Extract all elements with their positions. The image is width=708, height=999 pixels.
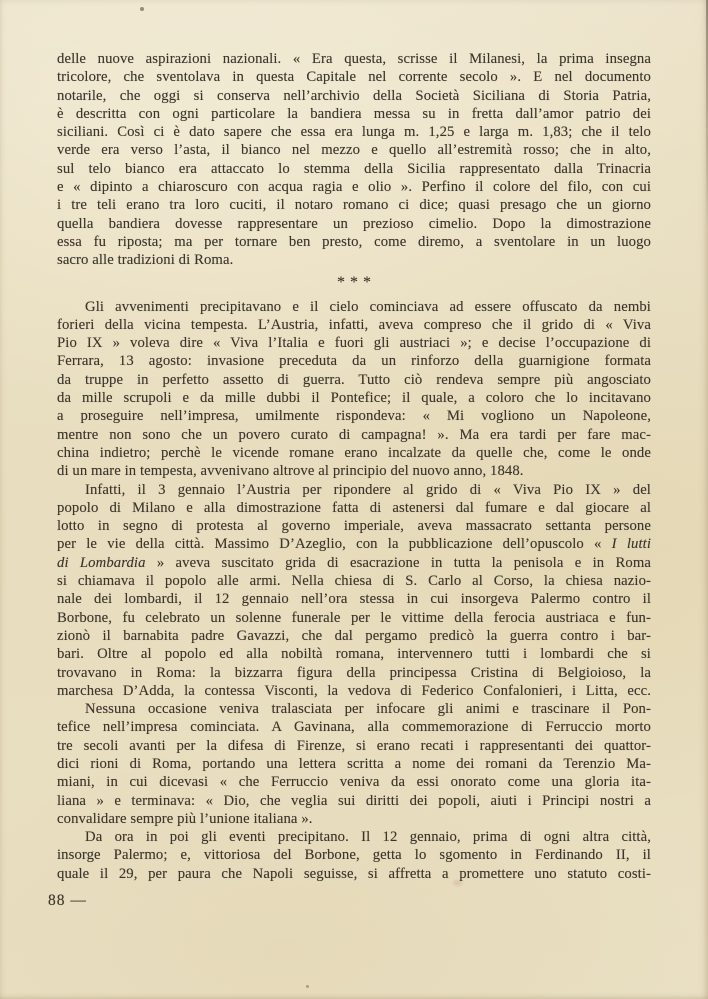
- text-line: sul telo bianco era attaccato lo stemma …: [57, 160, 651, 178]
- text-line: Ferrara, 13 agosto: invasione preceduta …: [57, 352, 651, 370]
- text-line: bari. Oltre al popolo ed alla nobiltà ro…: [57, 645, 651, 663]
- text-line: di Lombardia » aveva suscitato grida di …: [57, 554, 651, 572]
- section-separator: ***: [57, 275, 651, 293]
- text-line: delle nuove aspirazioni nazionali. « Era…: [57, 50, 651, 68]
- paragraph: Da ora in poi gli eventi precipitano. Il…: [57, 828, 651, 883]
- text-line: insorge Palermo; e, vittoriosa del Borbo…: [57, 846, 651, 864]
- text-line: verde era verso l’asta, il bianco nel me…: [57, 141, 651, 159]
- page-number: 88 —: [48, 892, 87, 910]
- italic-text: di Lombardia: [57, 555, 146, 571]
- text-segment: » aveva suscitato grida di esacrazione i…: [146, 555, 651, 571]
- text-line: notarile, che oggi si conserva nell’arch…: [57, 87, 651, 105]
- text-line: nale dei lombardi, il 12 gennaio nell’or…: [57, 590, 651, 608]
- text-line: trovavano in Roma: la bizzarra figura de…: [57, 664, 651, 682]
- text-line: lotto in segno di protesta al governo im…: [57, 517, 651, 535]
- paragraph: delle nuove aspirazioni nazionali. « Era…: [57, 50, 651, 270]
- text-line: tricolore, che sventolava in questa Capi…: [57, 68, 651, 86]
- text-line: per le vie della città. Massimo D’Azegli…: [57, 535, 651, 553]
- text-line: marchesa D’Adda, la contessa Visconti, l…: [57, 682, 651, 700]
- text-line: i tre teli erano tra loro cuciti, il not…: [57, 196, 651, 214]
- text-line: da truppe in perfetto assetto di guerra.…: [57, 371, 651, 389]
- text-line: forieri della vicina tempesta. L’Austria…: [57, 316, 651, 334]
- text-line: dici rioni di Roma, portando una lettera…: [57, 755, 651, 773]
- text-line: china indietro; perchè le vicende romane…: [57, 444, 651, 462]
- text-line: è descritta con ogni particolare la band…: [57, 105, 651, 123]
- text-line: zionò il barnabita padre Gavazzi, che da…: [57, 627, 651, 645]
- text-line: liana » e terminava: « Dio, che veglia s…: [57, 792, 651, 810]
- italic-text: I lutti: [612, 536, 651, 552]
- text-segment: per le vie della città. Massimo D’Azegli…: [57, 536, 612, 552]
- text-line: da mille scrupoli e da mille dubbi il Po…: [57, 389, 651, 407]
- paragraph: Infatti, il 3 gennaio l’Austria per ripo…: [57, 481, 651, 701]
- text-line: convalidare sempre più l’unione italiana…: [57, 810, 651, 828]
- text-line: essa fu riposta; ma per tornare ben pres…: [57, 233, 651, 251]
- text-line: e « dipinto a chiaroscuro con acqua ragi…: [57, 178, 651, 196]
- text-line: quale il 29, per paura che Napoli seguis…: [57, 865, 651, 883]
- text-line: Borbone, fu celebrato un solenne funeral…: [57, 609, 651, 627]
- scanned-book-page: delle nuove aspirazioni nazionali. « Era…: [0, 0, 708, 999]
- text-line: si chiamava il popolo alle armi. Nella c…: [57, 572, 651, 590]
- text-line: Da ora in poi gli eventi precipitano. Il…: [57, 828, 651, 846]
- paper-speck: [140, 7, 144, 11]
- text-line: quella bandiera dovesse rappresentare un…: [57, 215, 651, 233]
- paragraph: Gli avvenimenti precipitavano e il cielo…: [57, 298, 651, 481]
- text-line: di un mare in tempesta, avvenivano altro…: [57, 462, 651, 480]
- text-line: Infatti, il 3 gennaio l’Austria per ripo…: [57, 481, 651, 499]
- text-line: Pio IX » voleva dire « Viva l’Italia e f…: [57, 334, 651, 352]
- text-line: siciliani. Così ci è dato sapere che ess…: [57, 123, 651, 141]
- text-line: popolo di Milano e alla dimostrazione fa…: [57, 499, 651, 517]
- text-block: delle nuove aspirazioni nazionali. « Era…: [57, 50, 651, 883]
- text-line: miani, in cui dicevasi « che Ferruccio v…: [57, 773, 651, 791]
- text-line: a proseguire nell’impresa, umilmente ris…: [57, 407, 651, 425]
- text-line: mentre non sono che un povero curato di …: [57, 426, 651, 444]
- text-line: tre secoli avanti per la difesa di Firen…: [57, 737, 651, 755]
- text-line: Gli avvenimenti precipitavano e il cielo…: [57, 298, 651, 316]
- paragraph: Nessuna occasione veniva tralasciata per…: [57, 700, 651, 828]
- text-line: Nessuna occasione veniva tralasciata per…: [57, 700, 651, 718]
- text-line: sacro alle tradizioni di Roma.: [57, 251, 651, 269]
- paper-speck: [306, 985, 309, 988]
- text-line: tefice nell’impresa cominciata. A Gavina…: [57, 718, 651, 736]
